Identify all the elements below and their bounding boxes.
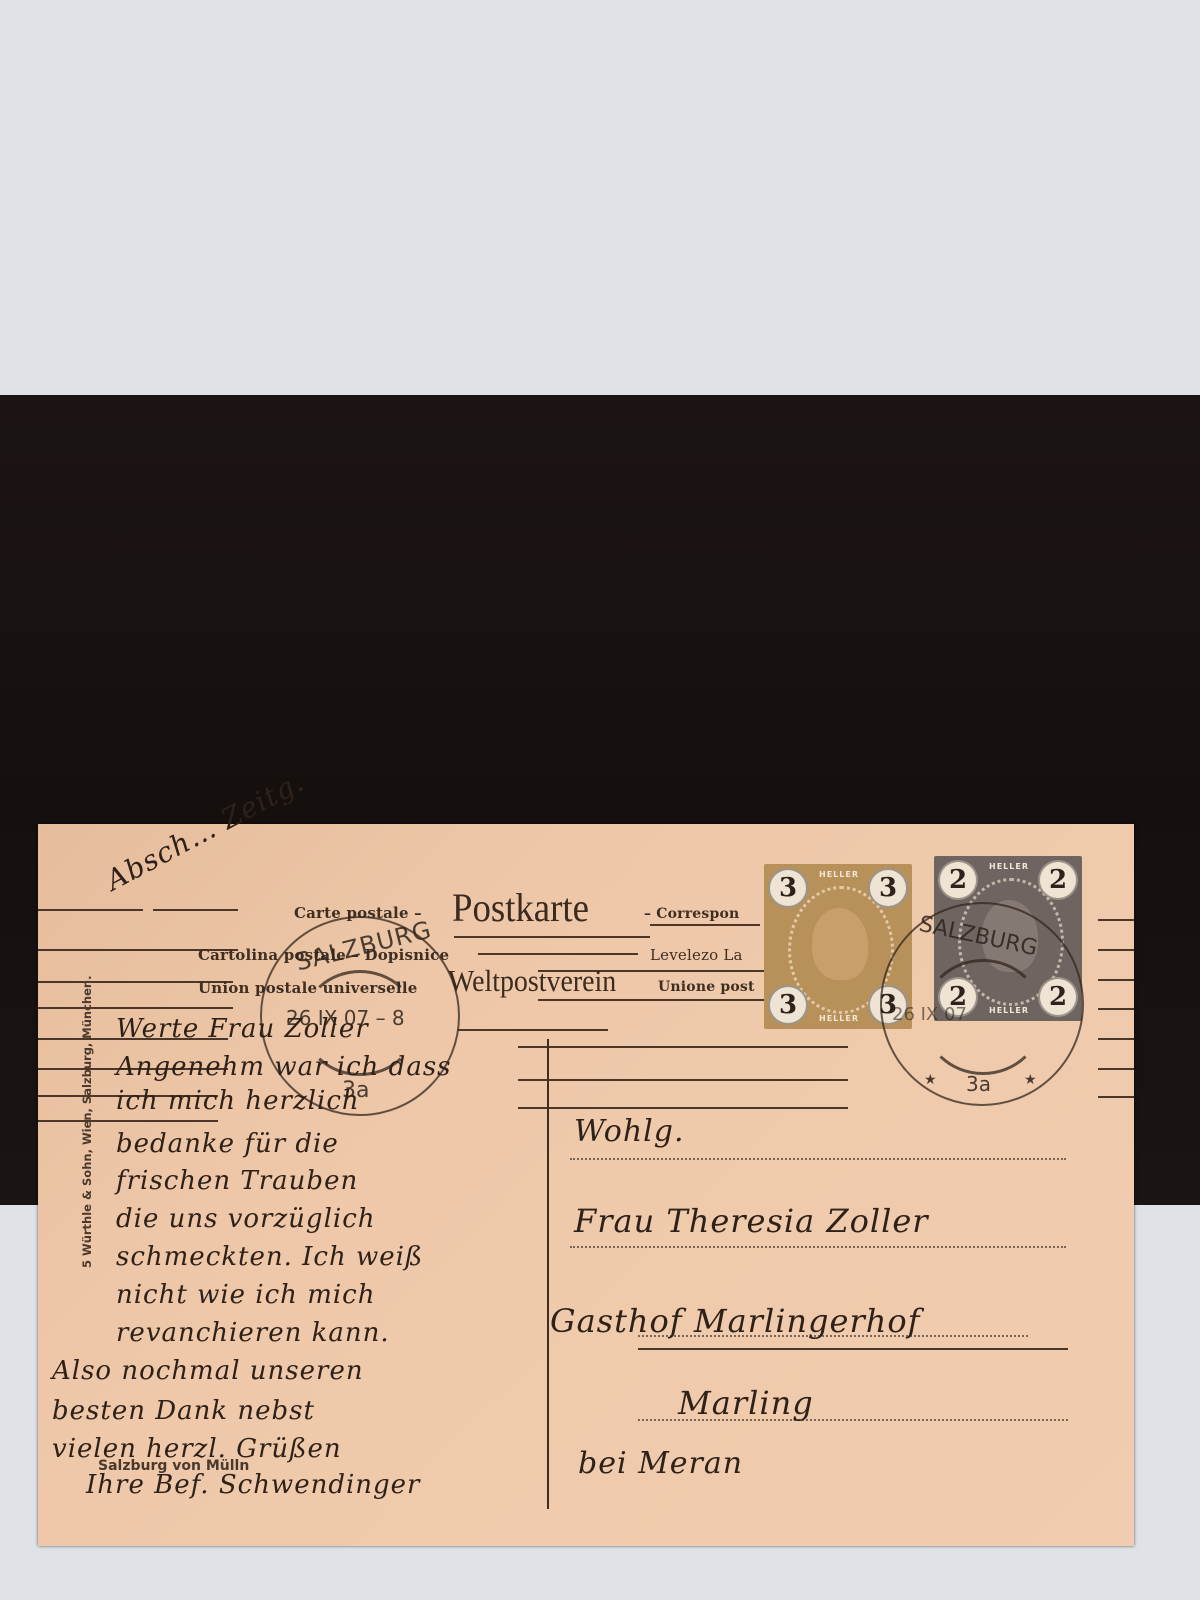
ruled-line [1098, 979, 1134, 981]
header-rule [538, 999, 778, 1001]
postmark-date: 26 IX 07 [892, 1004, 967, 1025]
ruled-line [1098, 1068, 1134, 1070]
address-underline [638, 1348, 1068, 1350]
address-line [570, 1246, 1066, 1248]
stamp-value: 3 [768, 868, 808, 908]
unione-postale-label: Unione post [658, 979, 755, 995]
header-rule [478, 953, 638, 955]
correspondenz-label: – Correspon [644, 906, 739, 922]
stamp-denomination: HELLER [814, 870, 864, 879]
postmark-code: 3a [966, 1072, 991, 1096]
stamp-value: 3 [868, 868, 908, 908]
address-street: Gasthof Marlingerhof [550, 1302, 920, 1340]
ruled-line [1098, 919, 1134, 921]
signature: Ihre Bef. Schwendinger [86, 1470, 420, 1500]
ruled-line [1098, 1008, 1134, 1010]
postcard: Carte postale – Postkarte – Correspon Ca… [38, 824, 1134, 1546]
message-line: Also nochmal unseren [52, 1356, 364, 1386]
emperor-portrait-icon [812, 908, 868, 980]
handwritten-note: Absch… Zeitg. [101, 765, 310, 897]
message-line: nicht wie ich mich [116, 1280, 375, 1310]
postmark-city: SALZBURG [917, 912, 1040, 961]
ruled-line [1098, 949, 1134, 951]
message-line: vielen herzl. Grüßen [52, 1434, 342, 1464]
message-line: Werte Frau Zoller [116, 1014, 369, 1044]
divider-line [547, 1039, 549, 1509]
message-line: revanchieren kann. [116, 1318, 390, 1348]
stamp-value: 2 [1038, 860, 1078, 900]
stamp-denomination: HELLER [814, 1014, 864, 1023]
message-line: schmeckten. Ich weiß [116, 1242, 423, 1272]
ruled-line [38, 1007, 233, 1009]
postkarte-title: Postkarte [452, 884, 589, 931]
message-line: besten Dank nebst [52, 1396, 315, 1426]
message-line: ich mich herzlich [116, 1086, 360, 1116]
postmark-salzburg: SALZBURG 26 IX 07 ★ 3a ★ [880, 902, 1084, 1106]
weltpostverein-title: Weltpostverein [448, 963, 616, 999]
ruled-line [1098, 1096, 1134, 1098]
title-underline [454, 936, 650, 938]
postmark-star-icon: ★ [1024, 1072, 1037, 1088]
postmark-city: SALZBURG [293, 916, 435, 977]
postmark-star-icon: ★ [924, 1072, 937, 1088]
publisher-imprint: 5 Würthle & Sohn, Wien, Salzburg, Münche… [80, 976, 94, 1268]
photo-background: Carte postale – Postkarte – Correspon Ca… [0, 395, 1200, 1205]
address-salutation: Wohlg. [574, 1114, 685, 1149]
ruled-line [38, 909, 143, 911]
stamp-value: 3 [768, 985, 808, 1025]
ruled-line [1098, 1038, 1134, 1040]
address-recipient: Frau Theresia Zoller [574, 1202, 929, 1240]
ruled-line [153, 909, 238, 911]
levelezo-label: Levelezo La [650, 946, 743, 964]
address-region: bei Meran [578, 1446, 743, 1481]
address-town: Marling [678, 1384, 814, 1422]
message-line: Angenehm war ich dass [116, 1052, 452, 1082]
ruled-line [38, 1120, 218, 1122]
header-rule [650, 924, 760, 926]
header-rule [458, 1029, 608, 1031]
header-rule [518, 1107, 848, 1109]
address-line [570, 1158, 1066, 1160]
stamp-value: 2 [938, 860, 978, 900]
stamp-denomination: HELLER [984, 862, 1034, 871]
header-rule [518, 1046, 848, 1048]
message-line: bedanke für die [116, 1129, 339, 1159]
header-rule [518, 1079, 848, 1081]
message-line: frischen Trauben [116, 1166, 358, 1196]
message-line: die uns vorzüglich [116, 1204, 376, 1234]
